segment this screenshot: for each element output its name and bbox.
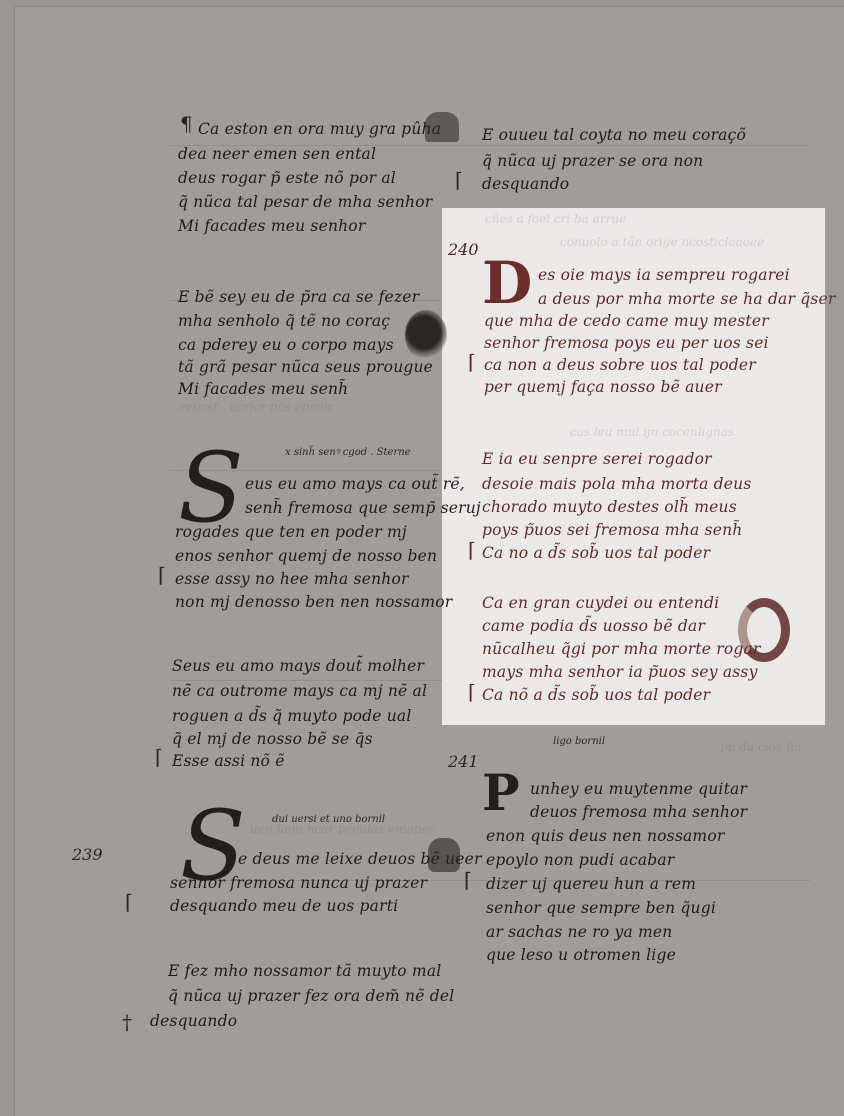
verse-line: E fez mho nossamor tã muyto mal (168, 962, 441, 980)
verse-line: q̃ nũca uj prazer fez ora dem̃ nẽ del (168, 987, 454, 1005)
verse-line: es oie mays ia sempreu rogarei (538, 266, 790, 284)
refrain-mark-icon: ⌈ (464, 868, 472, 892)
refrain-mark-icon: ⌈ (468, 680, 476, 704)
verse-line: dea neer emen sen ental (178, 145, 376, 163)
verse-line: Ca eston en ora muy gra pûha (198, 120, 441, 138)
verse-line: E ia eu senpre serei rogador (482, 450, 712, 468)
decorated-initial-bleed (425, 112, 459, 142)
verse-line: que mha de cedo came muy mester (484, 312, 769, 330)
verse-line: rogades que ten en poder mj (175, 523, 407, 541)
poem-number: 240 (448, 240, 479, 259)
verse-line: mays mha senhor ia p̃uos sey assy (482, 663, 758, 681)
verse-line: came podia d̃s uosso bẽ dar (482, 617, 705, 635)
poem-number: 241 (448, 752, 479, 771)
verse-line: Ca en gran cuydei ou entendi (482, 594, 719, 612)
refrain-mark-icon: ⌈ (125, 890, 133, 914)
verse-line: Esse assi nõ ẽ (172, 752, 285, 770)
verse-line: desquando (482, 175, 569, 193)
verse-line: chorado muyto destes olh̃ meus (482, 498, 737, 516)
verse-line: epoylo non pudi acabar (486, 851, 674, 869)
poem-number: 239 (72, 845, 103, 864)
decorated-initial-bleed (738, 598, 790, 662)
decorated-initial: D (482, 254, 532, 312)
verse-line: ca non a deus sobre uos tal poder (484, 356, 756, 374)
refrain-mark-icon: ⌈ (468, 538, 476, 562)
verse-line: E ouueu tal coyta no meu coraçõ (482, 126, 746, 144)
verse-line: Mi facades meu senh̃ (178, 380, 348, 398)
verse-line: que leso u otromen lige (486, 946, 676, 964)
marginal-note: x sinh̃ senꝰ cgod . Sterne (285, 444, 411, 458)
verse-line: senh̃ fremosa que semp̃ seruj (245, 499, 481, 517)
verse-line: Seus eu amo mays dout̃ molher (172, 657, 424, 675)
verse-line: desquando (150, 1012, 237, 1030)
verse-line: ca pderey eu o corpo mays (178, 336, 394, 354)
verse-line: mha senholo q̃ tẽ no coraç (178, 312, 390, 330)
verse-line: senhor fremosa poys eu per uos sei (484, 334, 769, 352)
verse-line: E bẽ sey eu de p̃ra ca se fezer (178, 288, 419, 306)
bleed-through-text: pu da cios fui (720, 740, 802, 754)
marginal-note: ligo bornil (553, 736, 605, 747)
refrain-mark-icon: ⌈ (158, 563, 166, 587)
refrain-mark-icon: ⌈ (468, 350, 476, 374)
verse-line: nũcalheu q̃gi por mha morte rogar (482, 640, 761, 658)
verse-line: Ca nõ a d̃s sob̃ uos tal poder (482, 686, 710, 704)
verse-line: non mj denosso ben nen nossamor (175, 593, 452, 611)
decorated-initial: S (178, 440, 244, 536)
verse-line: deus rogar p̃ este nõ por al (178, 169, 396, 187)
verse-line: poys p̃uos sei fremosa mha senh̃ (482, 521, 742, 539)
bleed-through-text: cñes a foel cri ba arrue (485, 212, 626, 226)
refrain-mark-icon: † (122, 1010, 132, 1034)
verse-line: Ca no a d̃s sob̃ uos tal poder (482, 544, 710, 562)
verse-line: a deus por mha morte se ha dar q̃ser (538, 290, 836, 308)
bleed-through-text: conuolo a tãn orige ncosticlaaoee (560, 235, 764, 249)
verse-line: unhey eu muytenme quitar (530, 780, 747, 798)
verse-line: eus eu amo mays ca out̃ rẽ, (245, 475, 465, 493)
verse-line: desoie mais pola mha morta deus (482, 475, 752, 493)
bleed-through-text: cas leu mui ijn cocenlignas (570, 425, 734, 439)
verse-line: senhor fremosa nunca uj prazer (170, 874, 427, 892)
ink-blot-stain (405, 310, 447, 360)
verse-line: enos senhor quemj de nosso ben (175, 547, 437, 565)
verse-line: desquando meu de uos parti (170, 897, 398, 915)
verse-line: q̃ nũca uj prazer se ora non (482, 152, 703, 170)
verse-line: enon quis deus nen nossamor (486, 827, 724, 845)
decorated-initial-bleed (428, 838, 460, 872)
verse-line: roguen a d̃s q̃ muyto pode ual (172, 707, 412, 725)
verse-line: ar sachas ne ro ya men (486, 923, 673, 941)
bleed-through-text: reucst . ucricr nos encoir (180, 400, 333, 414)
verse-line: senhor que sempre ben q̃ugi (486, 899, 716, 917)
verse-line: q̃ nũca tal pesar de mha senhor (178, 193, 432, 211)
verse-line: esse assy no hee mha senhor (175, 570, 409, 588)
verse-line: q̃ el mj de nosso bẽ se q̃s (172, 730, 373, 748)
verse-line: per quemj faça nosso bẽ auer (484, 378, 722, 396)
paragraph-mark-icon: ¶ (180, 112, 193, 136)
verse-line: Mi facades meu senhor (178, 217, 365, 235)
marginal-note: dui uersi et uno bornil (272, 814, 385, 825)
decorated-initial: P (482, 768, 520, 818)
verse-line: dizer uj quereu hun a rem (486, 875, 696, 893)
verse-line: deuos fremosa mha senhor (530, 803, 747, 821)
verse-line: tã grã pesar nũca seus prougue (178, 358, 433, 376)
refrain-mark-icon: ⌈ (155, 745, 163, 769)
verse-line: nẽ ca outrome mays ca mj nẽ al (172, 682, 427, 700)
refrain-mark-icon: ⌈ (455, 168, 463, 192)
